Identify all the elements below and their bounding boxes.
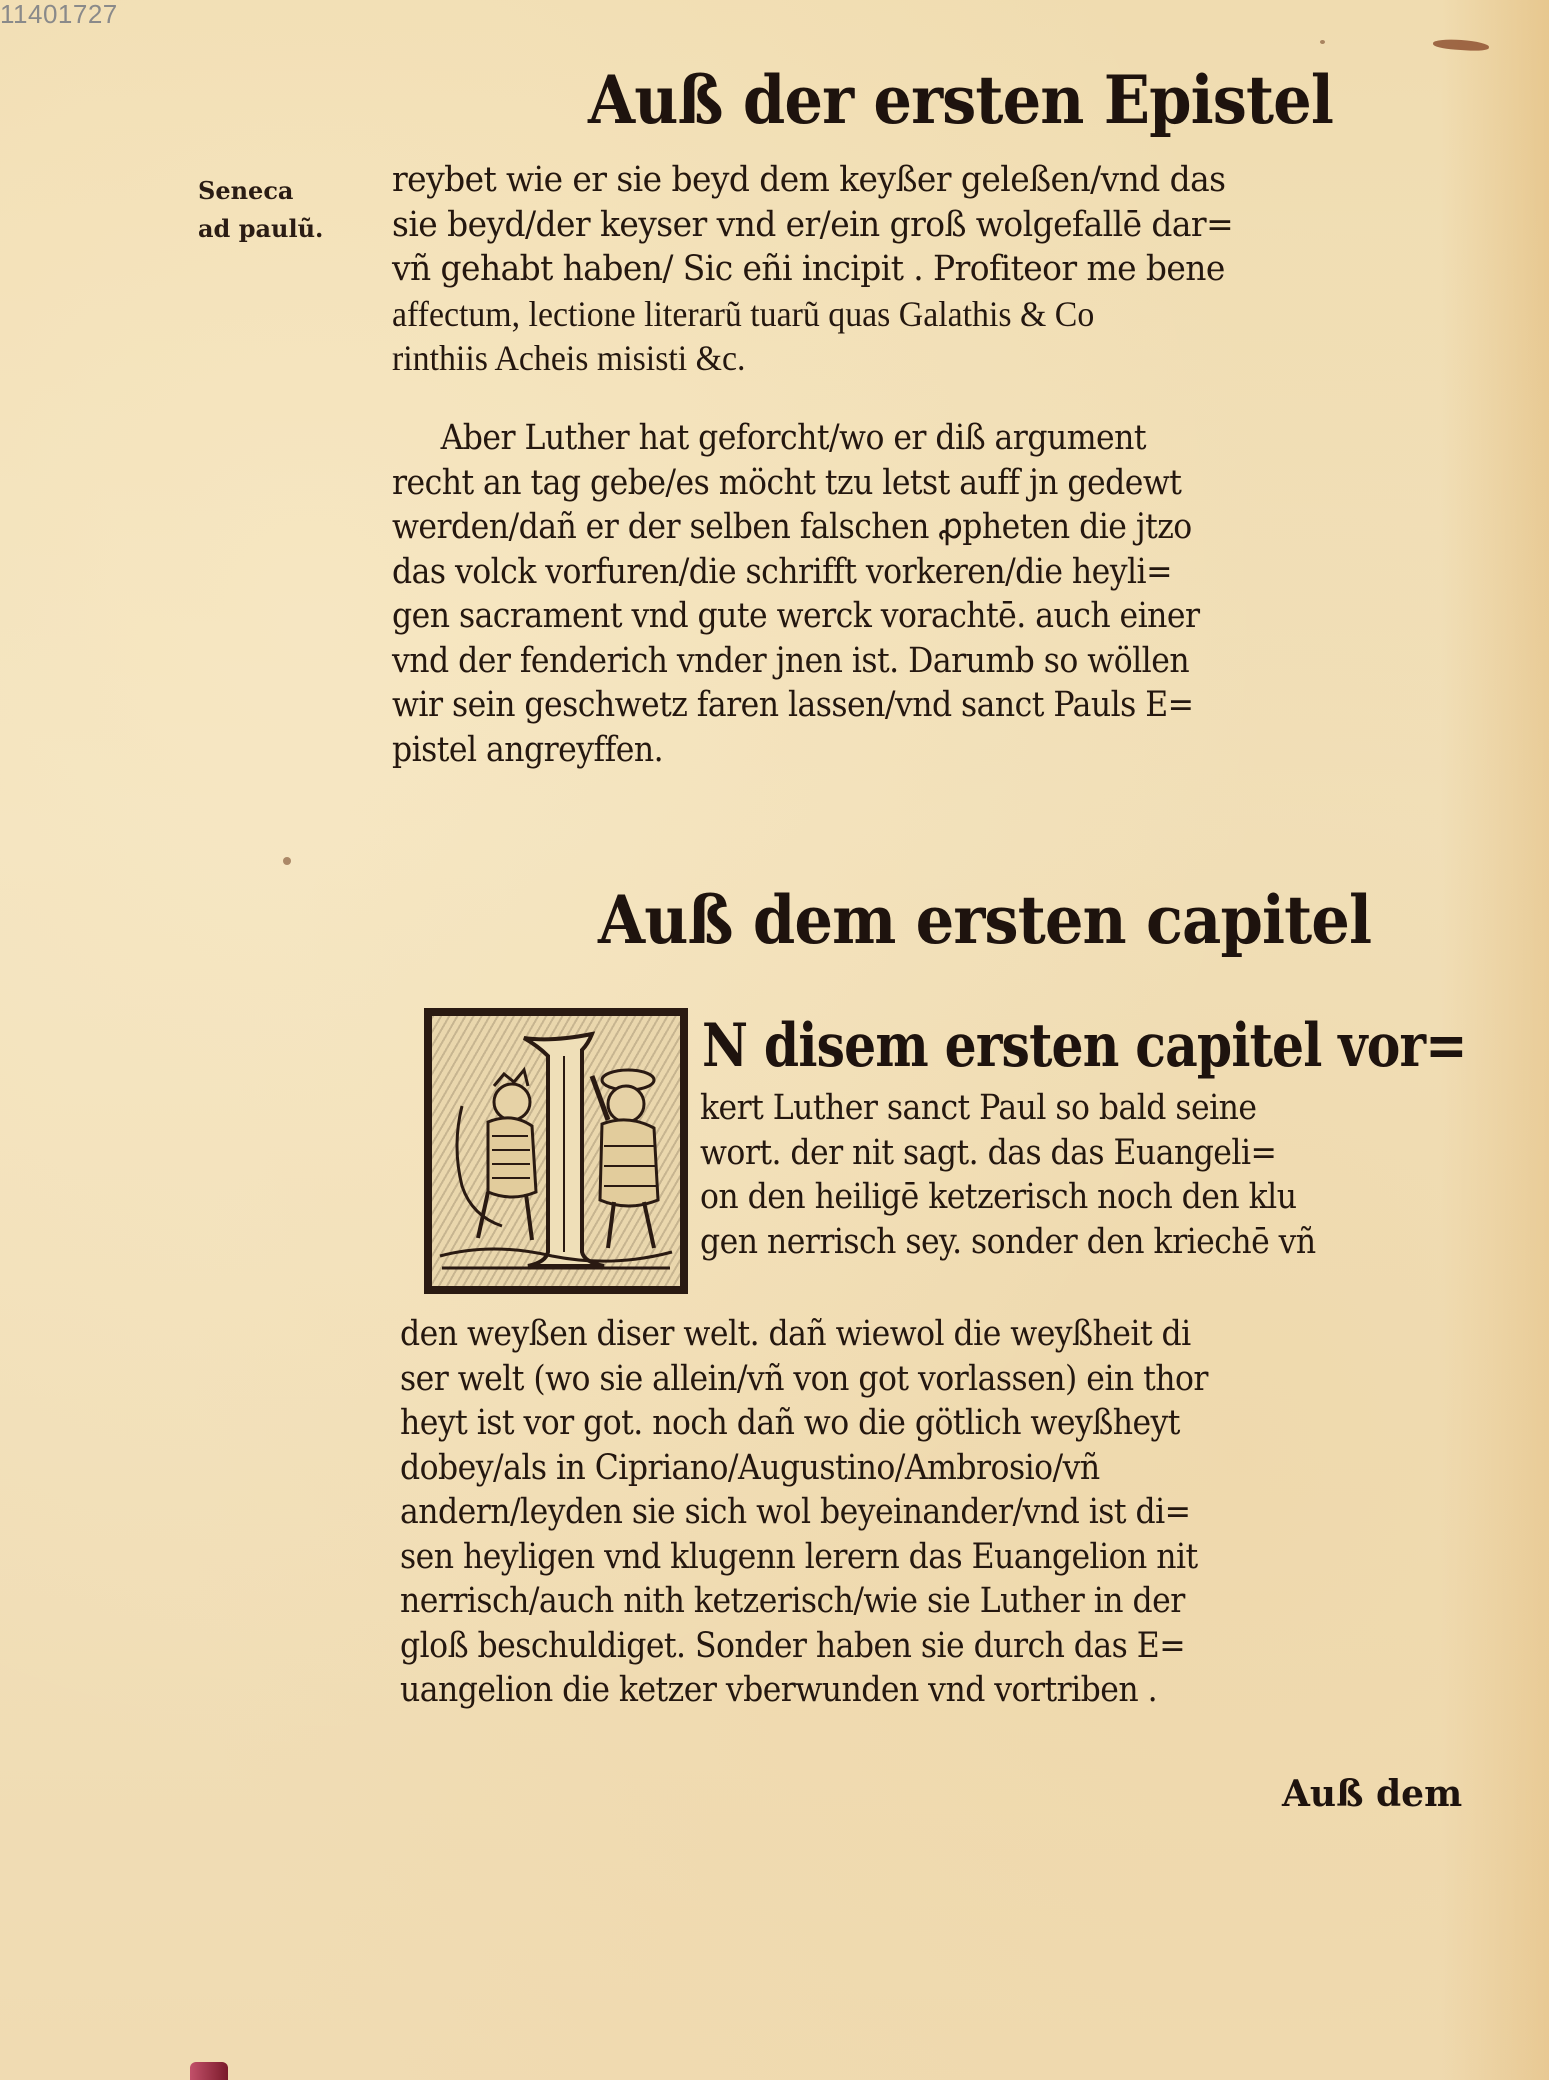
text-line: on den heiligē ketzerisch noch den klu (700, 1175, 1316, 1220)
woodcut-illustration (432, 1016, 680, 1286)
text-line-latin: affectum, lectione literarũ tuarũ quas G… (392, 292, 1233, 337)
text-line: reybet wie er sie beyd dem keyßer geleße… (392, 158, 1233, 203)
marginal-note-line: Seneca (198, 172, 323, 210)
paragraph-luther-argument: Aber Luther hat geforcht/wo er diß argum… (392, 416, 1289, 772)
text-line: andern/leyden sie sich wol beyeinander/v… (400, 1490, 1208, 1535)
woodcut-initial-icon (424, 1008, 688, 1294)
paragraph-beside-initial: kert Luther sanct Paul so bald seine wor… (700, 1086, 1384, 1264)
paper-speck (283, 857, 291, 865)
text-line: gloß beschuldiget. Sonder haben sie durc… (400, 1624, 1208, 1669)
marginal-note-line: ad paulũ. (198, 210, 323, 248)
text-line: uangelion die ketzer vberwunden vnd vort… (400, 1668, 1208, 1713)
paper-speck (1320, 40, 1325, 44)
bookmark-tab (190, 2062, 228, 2080)
text-line: Aber Luther hat geforcht/wo er diß argum… (392, 416, 1200, 461)
text-line: pistel angreyffen. (392, 728, 1200, 773)
text-line: gen sacrament vnd gute werck vorachtē. a… (392, 594, 1200, 639)
text-line: wort. der nit sagt. das das Euangeli= (700, 1131, 1316, 1176)
catchword: Auß dem (1282, 1772, 1462, 1816)
text-line: sie beyd/der keyser vnd er/ein groß wolg… (392, 203, 1233, 248)
text-line: dobey/als in Cipriano/Augustino/Ambrosio… (400, 1446, 1208, 1491)
section-heading-chapter: Auß dem ersten capitel (598, 880, 1371, 960)
text-line: gen nerrisch sey. sonder den kriechē vñ (700, 1220, 1316, 1265)
text-line: das volck vorfuren/die schrifft vorkeren… (392, 550, 1200, 595)
text-line: sen heyligen vnd klugenn lerern das Euan… (400, 1535, 1208, 1580)
text-line: heyt ist vor got. noch dañ wo die götlic… (400, 1401, 1208, 1446)
text-line: vñ gehabt haben/ Sic eñi incipit . Profi… (392, 247, 1233, 292)
text-line: vnd der fenderich vnder jnen ist. Darumb… (392, 639, 1200, 684)
text-line: ser welt (wo sie allein/vñ von got vorla… (400, 1357, 1208, 1402)
text-line: wir sein geschwetz faren lassen/vnd sanc… (392, 683, 1200, 728)
scan-identifier: 11401727 (0, 0, 118, 28)
marginal-note: Seneca ad paulũ. (198, 172, 323, 248)
ink-stain (1433, 38, 1490, 52)
paragraph-wisdom: den weyßen diser welt. dañ wiewol die we… (400, 1312, 1298, 1713)
text-line: kert Luther sanct Paul so bald seine (700, 1086, 1316, 1131)
text-line: den weyßen diser welt. dañ wiewol die we… (400, 1312, 1208, 1357)
text-line: recht an tag gebe/es möcht tzu letst auf… (392, 461, 1200, 506)
chapter-first-line: N disem ersten capitel vor= (702, 1008, 1467, 1084)
text-line: werden/dañ er der selben falschen ꝓphete… (392, 505, 1200, 550)
section-heading-epistle: Auß der ersten Epistel (588, 60, 1333, 140)
text-line: nerrisch/auch nith ketzerisch/wie sie Lu… (400, 1579, 1208, 1624)
paragraph-seneca: reybet wie er sie beyd dem keyßer geleße… (392, 158, 1287, 381)
text-line-latin: rinthiis Acheis misisti &c. (392, 336, 1233, 381)
